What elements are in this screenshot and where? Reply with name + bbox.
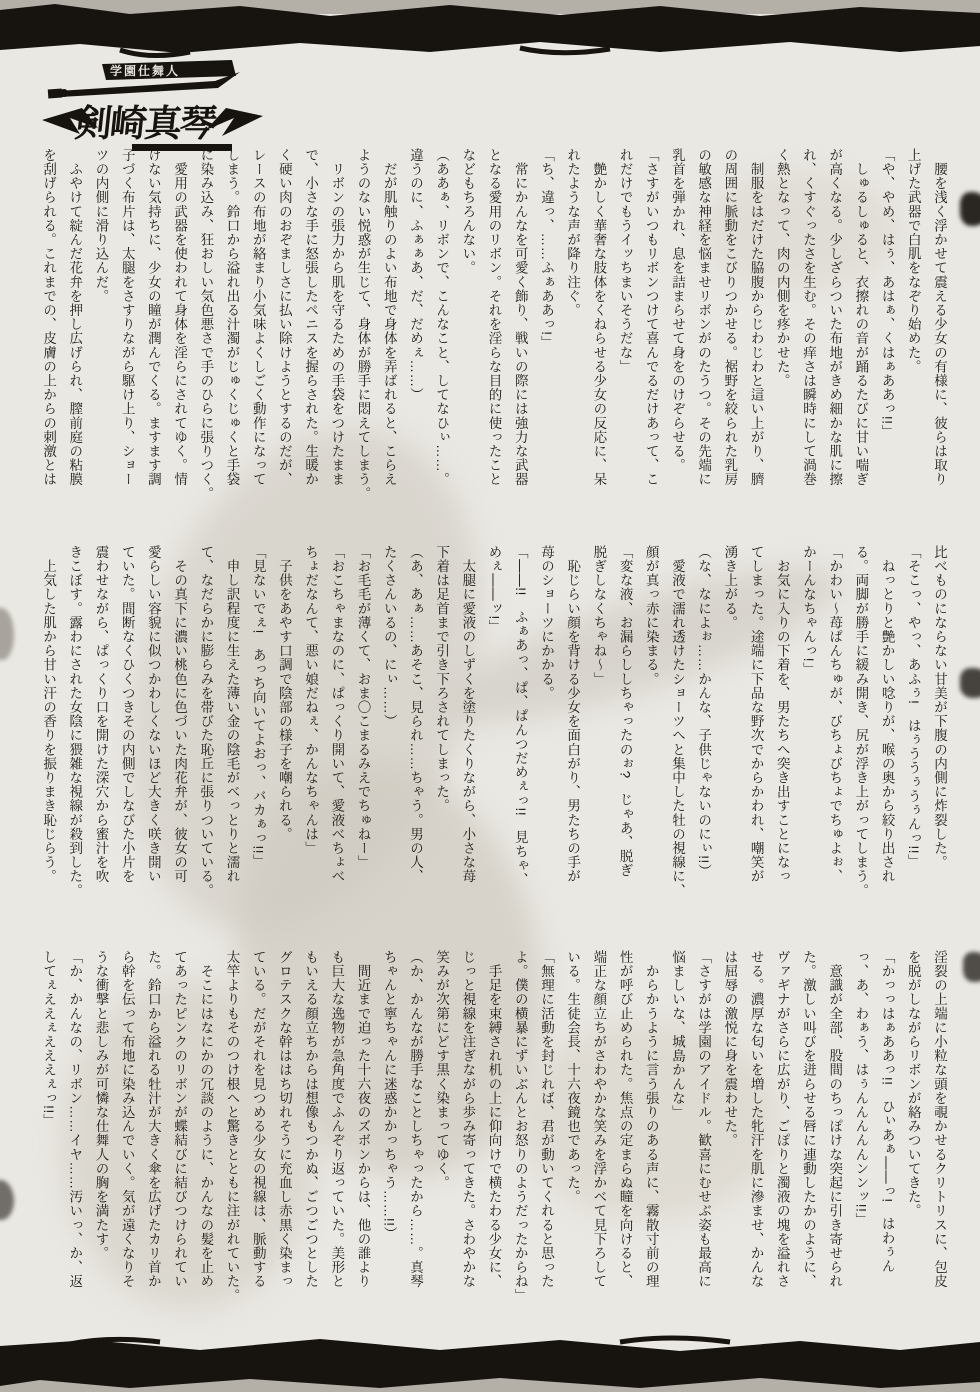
edge-ink-smudge — [960, 192, 980, 226]
text-column: よ。僕の横暴にずいぶんとお怒りのようだったからね」 — [507, 950, 533, 1348]
text-column: グロテスクな幹ははち切れそうに充血し赤黒く染まっ — [271, 950, 297, 1348]
text-column: 常にかんなを可愛く飾り、戦いの際には強力な武器 — [507, 148, 533, 538]
text-column: 湧き上がる。 — [716, 545, 742, 939]
text-column: 「かわい～苺ぱんちゅが、びちょびちょでちゅよぉ、 — [821, 545, 847, 939]
text-column: た。激しい叫びを迸らせる唇に連動したかのように、 — [795, 950, 821, 1348]
text-column: 違うのに、ふぁぁあ、だ、だめぇ……） — [402, 148, 428, 538]
text-column: 「変な液、お漏らししちゃったのぉ? じゃあ、脱ぎ — [611, 545, 637, 939]
text-column: ちょだなんて、悪い娘だねぇ、かんなちゃんは」 — [297, 545, 323, 939]
ink-texture — [0, 1330, 980, 1392]
text-column: 顔が真っ赤に染まる。 — [638, 545, 664, 939]
text-column: ている。だがそれを見つめる少女の視線は、脈動する — [245, 950, 271, 1348]
text-column: て、なだらかに膨らみを帯びた恥丘に張りついている。 — [192, 545, 218, 939]
text-column: ツの内側に滑り込んだ。 — [87, 148, 113, 538]
text-column: ちゃんと寧ちゃんに迷惑かかっちゃう……!!） — [376, 950, 402, 1348]
text-column: きこぼす。露わにされた女陰に猥雑な視線が殺到した。 — [61, 545, 87, 939]
text-column: 「かっっはぁああっ!! ひぃあぁ――っ! はわぅん — [873, 950, 899, 1348]
text-column: 端正な顔立ちがさわやかな笑みを浮かべて見下ろして — [585, 950, 611, 1348]
text-column: 性が呼び止められた。焦点の定まらぬ瞳を向けると、 — [611, 950, 637, 1348]
edge-ink-smudge — [0, 1180, 14, 1220]
text-block-bottom: 淫裂の上端に小粒な頭を覗かせるクリトリスに、包皮を脱がしながらリボンが絡みついて… — [30, 950, 952, 1348]
text-column: 「さすがいつもリボンつけて喜んでるだけあって、こ — [638, 148, 664, 538]
text-column: 「か、かんなの、リボン……イヤ……汚いっ、か、返 — [61, 950, 87, 1348]
text-column: かーんなちゃんっ!」 — [795, 545, 821, 939]
text-column: っ、あ、わぁう、はぅんんんんんンンッ!!」 — [847, 950, 873, 1348]
text-column: いる。生徒会長、十六夜鏡也であった。 — [559, 950, 585, 1348]
text-column: 「――!! ふぁあっ、ぱ、ぱんつだめぇっ!! 見ちゃ、 — [507, 545, 533, 939]
text-column: （ああぁ、リボンで、こんなこと、してなひぃ……。 — [428, 148, 454, 538]
text-column: 愛液で濡れ透けたショーツへと集中した牡の視線に、 — [664, 545, 690, 939]
text-column: ねっとりと艶かしい唸りが、喉の奥から絞り出され — [873, 545, 899, 939]
text-column: の敏感な神経を悩ませリボンがのたうつ。その先端に — [690, 148, 716, 538]
text-column: 子供をあやす口調で陰部の様子を嘲られる。 — [271, 545, 297, 939]
text-column: 比べものにならない甘美が下腹の内側に炸裂した。 — [926, 545, 952, 939]
text-column: く熱となって、肉の内側を疼かせた。 — [769, 148, 795, 538]
text-column: ら幹を伝って布地に染み込んでいく。気が遠くなりそ — [114, 950, 140, 1348]
text-column: 「そこっ、やっ、あふぅ! はぅううぅうぅんっ!!」 — [900, 545, 926, 939]
text-column: を脱がしながらリボンが絡みついてきた。 — [900, 950, 926, 1348]
text-column: 笑みが次第にどす黒く染まってゆく。 — [428, 950, 454, 1348]
text-column: れたような声が降り注ぐ。 — [559, 148, 585, 538]
text-column: てあったピンクのリボンが蝶結びに結びつけられてい — [166, 950, 192, 1348]
text-column: に染み込み、狂おしい気色悪さで手のひらに張りつく。 — [192, 148, 218, 538]
scanned-page: 学園仕舞人 剣崎真琴 腰を浅く浮かせて震える少女の有様に、彼らは取り上げた武器で… — [0, 0, 980, 1392]
text-column: 脱ぎしなくちゃね～」 — [585, 545, 611, 939]
text-block-top: 腰を浅く浮かせて震える少女の有様に、彼らは取り上げた武器で白肌をなぞり始めた。「… — [30, 148, 952, 538]
text-column: お気に入りの下着を、男たちへ突き出すことになっ — [769, 545, 795, 939]
text-column: 悩ましいな、城島かんな」 — [664, 950, 690, 1348]
text-column: 子づく布片は、太腿をさすりながら駆け上り、ショー — [114, 148, 140, 538]
text-column: の周囲に脈動をこびりつかせる。裾野を絞られた乳房 — [716, 148, 742, 538]
text-column: ふやけて綻んだ花弁を押し広げられ、膣前庭の粘膜 — [61, 148, 87, 538]
text-column: じっと視線を注ぎながら歩み寄ってきた。さわやかな — [454, 950, 480, 1348]
text-column: 乳首を弾かれ、息を詰まらせて身をのけぞらせる。 — [664, 148, 690, 538]
text-column: 太竿よりもそのつけ根へと驚きとともに注がれていた。 — [218, 950, 244, 1348]
text-column: リボンの張力から肌を守るための手袋をつけたまま — [323, 148, 349, 538]
text-column: 恥じらい顔を背ける少女を面白がり、男たちの手が — [559, 545, 585, 939]
edge-ink-smudge — [963, 952, 980, 982]
text-column: しゅるしゅると、衣擦れの音が踊るたびに甘い喘ぎ — [847, 148, 873, 538]
katana-logo-graphic: 学園仕舞人 剣崎真琴 — [40, 58, 265, 158]
text-column: 淫裂の上端に小粒な頭を覗かせるクリトリスに、包皮 — [926, 950, 952, 1348]
ink-texture — [0, 0, 980, 62]
text-column: その真下に濃い桃色に色づいた肉花弁が、彼女の可 — [166, 545, 192, 939]
series-logo: 学園仕舞人 剣崎真琴 — [40, 58, 265, 158]
text-column: が高くなる。少しざらついた布地がきめ細かな肌に擦 — [821, 148, 847, 538]
logo-main-title: 剣崎真琴 — [73, 102, 219, 144]
text-column: 間近まで迫った十六夜のズボンからは、他の誰より — [349, 950, 375, 1348]
text-column: 苺のショーツにかかる。 — [533, 545, 559, 939]
text-column: うな衝撃と悲しみが可憐な仕舞人の胸を満たす。 — [87, 950, 113, 1348]
text-column: れだけでもうイッちまいそうだな」 — [611, 148, 637, 538]
text-column: からかうように言う張りのある声に、霧散寸前の理 — [638, 950, 664, 1348]
text-column: せる。濃厚な匂いを増した牝汗を肌に滲ませ、かんな — [742, 950, 768, 1348]
text-column: た。鈴口から溢れる牡汁が大きく傘を広げたカリ首か — [140, 950, 166, 1348]
text-column: 太腿に愛液のしずくを塗りたくりながら、小さな苺 — [454, 545, 480, 939]
text-column: けない気持ちに、少女の瞳が潤んでくる。ますます調 — [140, 148, 166, 538]
text-column: 制服をはだけた脇腹からじわじわと這い上がり、臍 — [742, 148, 768, 538]
text-column: （あ、あぁ……あそこ、見られ……ちゃう。男の人、 — [402, 545, 428, 939]
text-column: ようのない悦惑が生じて、身体が勝手に悶えてしまう。 — [349, 148, 375, 538]
text-column: 震わせながら、ぱっくり口を開けた深穴から蜜汁を吹 — [87, 545, 113, 939]
text-column: 愛らしい容貌に似つかわしくないほど大きく咲き開い — [140, 545, 166, 939]
text-column: レースの布地が絡まり小気味よくしごく動作になって — [245, 148, 271, 538]
text-column: （な、なによぉ……かんな、子供じゃないのにぃ!!） — [690, 545, 716, 939]
text-column: 「お毛毛が薄くて、おま〇こまるみえでちゅねー」 — [349, 545, 375, 939]
text-column: 愛用の武器を使われて身体を淫らにされてゆく。情 — [166, 148, 192, 538]
edge-ink-smudge — [960, 668, 980, 698]
text-column: してぇええぇえええぇっ!!」 — [35, 950, 61, 1348]
text-column: 意識が全部、股間のちっぽけな突起に引き寄せられ — [821, 950, 847, 1348]
text-column: めぇ――ッ!」 — [480, 545, 506, 939]
text-column: で、小さな手に怒張したペニスを握らされた。生暖か — [297, 148, 323, 538]
text-column: 「無理に活動を封じれば、君が動いてくれると思った — [533, 950, 559, 1348]
text-column: ヴァギナがさらに広がり、ごぽりと濁液の塊を溢れさ — [769, 950, 795, 1348]
text-column: てしまった。途端に下品な野次でからかわれ、嘲笑が — [742, 545, 768, 939]
text-column: 艶かしく華奢な肢体をくねらせる少女の反応に、呆 — [585, 148, 611, 538]
text-block-middle: 比べものにならない甘美が下腹の内側に炸裂した。「そこっ、やっ、あふぅ! はぅうう… — [30, 545, 952, 939]
text-column: く硬い肉のおぞましさに払い除けようとするのだが、 — [271, 148, 297, 538]
text-column: 下着は足首まで引き下ろされてしまった。 — [428, 545, 454, 939]
text-column: もいえる顔立ちからは想像もつかぬ、ごつごつとした — [297, 950, 323, 1348]
text-column: れ、くすぐったさを生む。その痒さは瞬時にして渦巻 — [795, 148, 821, 538]
text-column: る。両脚が勝手に緩み開き、尻が浮き上がってしまう。 — [847, 545, 873, 939]
text-column: も巨大な逸物が急角度でふんぞり返っていた。美形と — [323, 950, 349, 1348]
text-column: などもちろんない。 — [454, 148, 480, 538]
text-column: そこにはなにかの冗談のように、かんなの髪を止め — [192, 950, 218, 1348]
text-column: 上げた武器で白肌をなぞり始めた。 — [900, 148, 926, 538]
text-column: ていた。間断なくひくつきその内側でしなびた小片を — [114, 545, 140, 939]
logo-banner-text: 学園仕舞人 — [110, 63, 180, 78]
text-column: 手足を束縛され机の上に仰向けで横たわる少女に、 — [480, 950, 506, 1348]
text-column: たくさんいるの、にぃ……） — [376, 545, 402, 939]
text-column: となる愛用のリボン。それを淫らな目的に使ったこと — [480, 148, 506, 538]
text-column: を刮げられる。これまでの、皮膚の上からの刺激とは — [35, 148, 61, 538]
text-column: 上気した肌から甘い汗の香りを振りまき恥じらう。 — [35, 545, 61, 939]
text-column: 「見ないでぇ! あっち向いてよおっ、バカぁっ!!」 — [245, 545, 271, 939]
text-column: しまう。鈴口から溢れ出る汁濁がじゅくじゅくと手袋 — [218, 148, 244, 538]
top-ink-border — [0, 0, 980, 62]
text-column: 「さすがは学園のアイドル。歓喜にむせぶ姿も最高に — [690, 950, 716, 1348]
text-column: 「や、やめ、はぅ、あはぁ、くはぁああっ!!」 — [873, 148, 899, 538]
text-column: だが肌触りのよい布地で身体を弄ばれると、こらえ — [376, 148, 402, 538]
text-column: は屈辱の激悦に身を震わせた。 — [716, 950, 742, 1348]
text-column: 申し訳程度に生えた薄い金の陰毛がべっとりと濡れ — [218, 545, 244, 939]
edge-ink-smudge — [0, 608, 14, 660]
text-column: 「おこちゃまなのに、ぱっくり開いて、愛液べちょべ — [323, 545, 349, 939]
bottom-ink-border — [0, 1330, 980, 1392]
text-column: 腰を浅く浮かせて震える少女の有様に、彼らは取り — [926, 148, 952, 538]
text-column: 「ち、違っ、……ふぁああっ!」 — [533, 148, 559, 538]
text-column: （か、かんなが勝手なことしちゃったから……。真琴 — [402, 950, 428, 1348]
